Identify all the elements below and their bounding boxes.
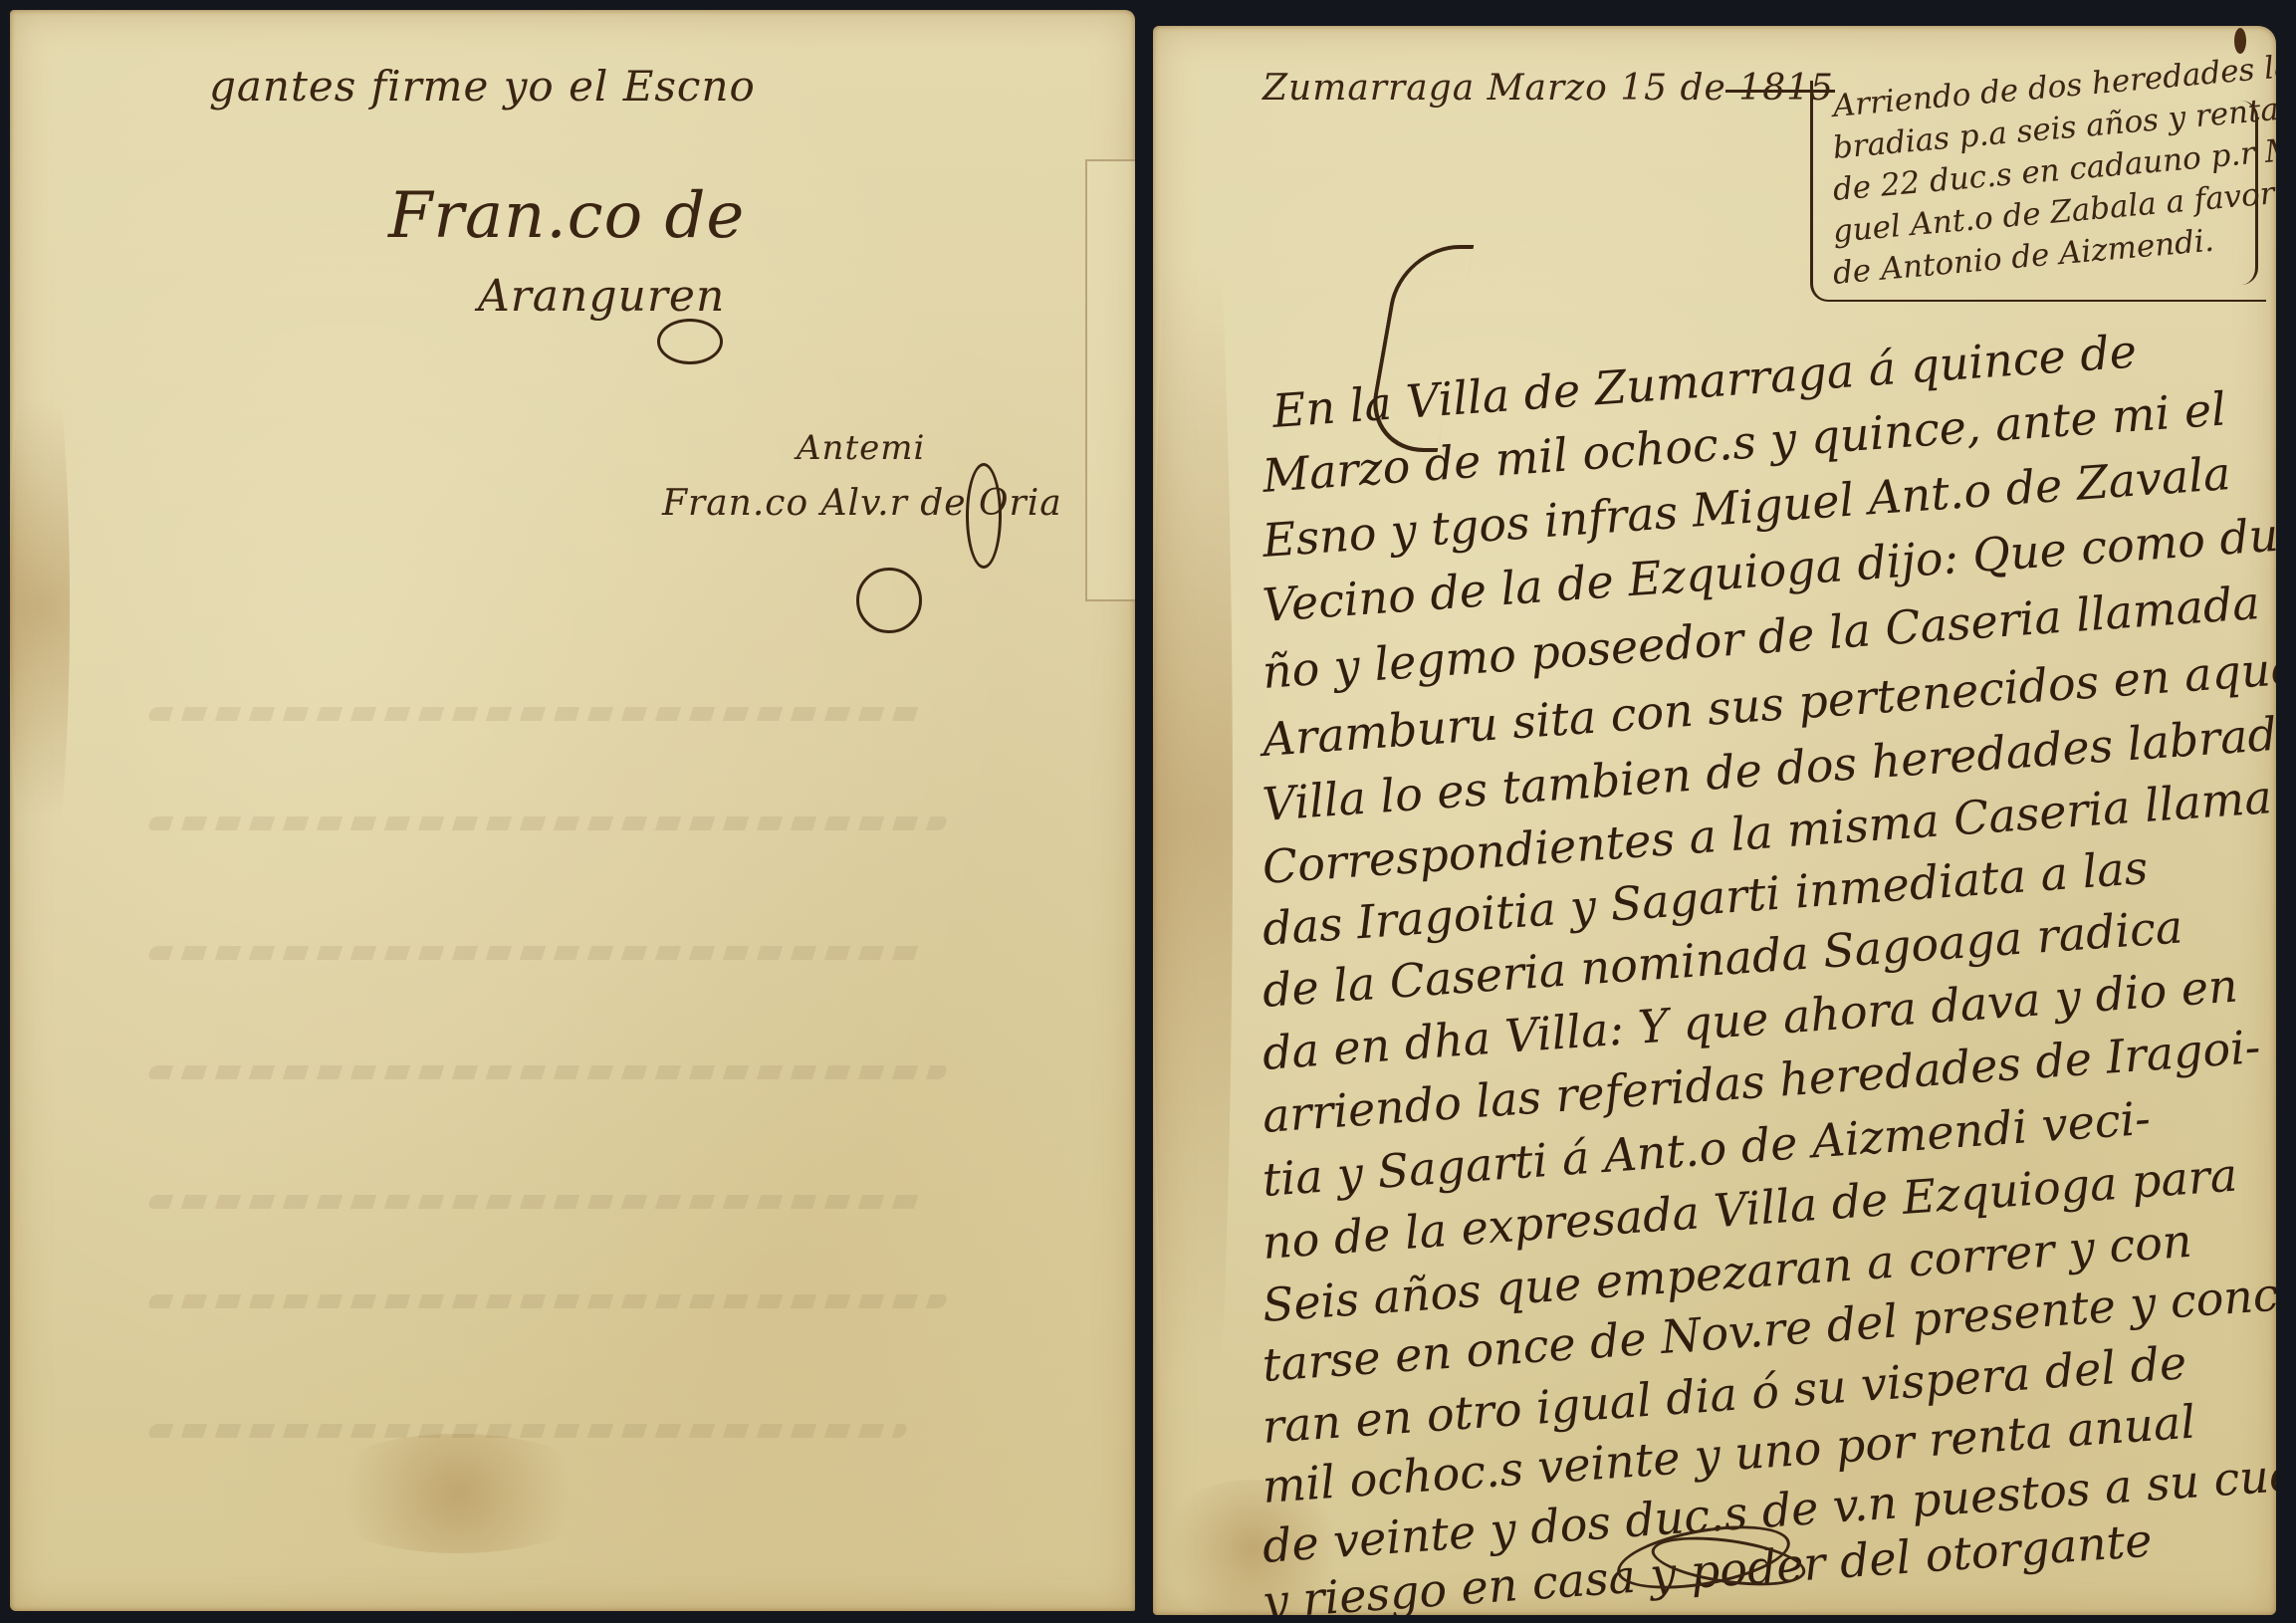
bleed-through-line — [147, 1195, 929, 1209]
notary-rubric-loop — [856, 568, 922, 633]
right-page: Zumarraga Marzo 15 de 1815 Arriendo de d… — [1153, 26, 2276, 1615]
edge-stain — [10, 309, 70, 906]
signature-rubric — [657, 319, 723, 364]
signature-1-line2: Aranguren — [478, 271, 725, 322]
closing-line: gantes firme yo el Escno — [209, 62, 756, 111]
paper-tab-strip — [1085, 159, 1135, 601]
margin-summary-note: Arriendo de dos heredades la- bradias p.… — [1810, 81, 2266, 302]
bleed-through-line — [147, 707, 929, 721]
bleed-through-line — [147, 1065, 949, 1079]
signature-1-line1: Fran.co de — [388, 179, 745, 253]
bleed-through-line — [147, 816, 949, 830]
bleed-through-line — [147, 1294, 949, 1308]
document-header: Zumarraga Marzo 15 de 1815 — [1263, 68, 1834, 109]
signature-2-line2: Fran.co Alv.r de Oria — [662, 483, 1062, 524]
left-page: gantes firme yo el Escno Fran.co de Aran… — [10, 10, 1135, 1611]
bleed-through-line — [147, 946, 929, 960]
water-stain — [309, 1434, 607, 1553]
notary-rubric — [966, 463, 1002, 569]
signature-2-line1: Antemi — [797, 428, 925, 468]
gutter-stain — [1153, 26, 1233, 1615]
manuscript-spread: gantes firme yo el Escno Fran.co de Aran… — [0, 0, 2296, 1623]
bleed-through-line — [147, 1424, 909, 1438]
ink-blot — [2234, 28, 2246, 54]
